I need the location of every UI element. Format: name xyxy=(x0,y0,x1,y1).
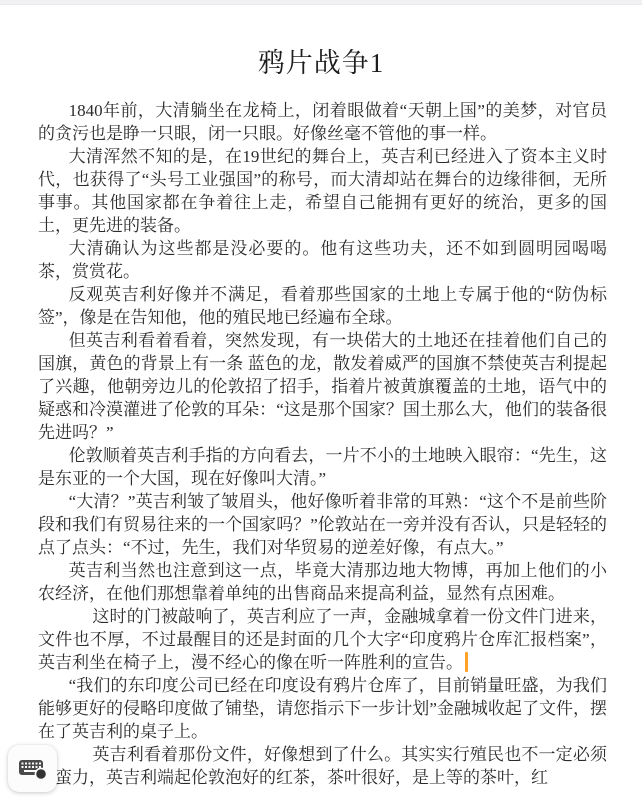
paragraph[interactable]: 英吉利看着那份文件，好像想到了什么。其实实行殖民也不一定必须用蛮力，英吉利端起伦… xyxy=(38,743,607,789)
paragraph[interactable]: 大清浑然不知的是，在19世纪的舞台上，英吉利已经进入了资本主义时代，也获得了“头… xyxy=(38,145,607,237)
document-page: 鸦片战争1 1840年前，大清躺坐在龙椅上，闭着眼做着“天朝上国”的美梦，对官员… xyxy=(0,0,642,800)
paragraph[interactable]: 反观英吉利好像并不满足，看着那些国家的土地上专属于他的“防伪标签”，像是在告知他… xyxy=(38,283,607,329)
paragraph[interactable]: 1840年前，大清躺坐在龙椅上，闭着眼做着“天朝上国”的美梦，对官员的贪污也是睁… xyxy=(38,99,607,145)
top-edge-strip xyxy=(0,0,642,5)
document-body[interactable]: 1840年前，大清躺坐在龙椅上，闭着眼做着“天朝上国”的美梦，对官员的贪污也是睁… xyxy=(0,99,642,789)
paragraph[interactable]: 但英吉利看着看着，突然发现，有一块偌大的土地还在挂着他们自己的国旗，黄色的背景上… xyxy=(38,329,607,444)
text-cursor xyxy=(465,652,468,672)
paragraph[interactable]: “大清？”英吉利皱了皱眉头，他好像听着非常的耳熟：“这个不是前些阶段和我们有贸易… xyxy=(38,490,607,559)
paragraph[interactable]: 大清确认为这些都是没必要的。他有这些功夫，还不如到圆明园喝喝茶，赏赏花。 xyxy=(38,237,607,283)
keyboard-badge-icon xyxy=(35,768,46,779)
paragraph[interactable]: 英吉利当然也注意到这一点，毕竟大清那边地大物博，再加上他们的小农经济，在他们那想… xyxy=(38,559,607,605)
keyboard-dismiss-button[interactable] xyxy=(8,745,57,792)
document-title[interactable]: 鸦片战争1 xyxy=(0,0,642,80)
paragraph[interactable]: “我们的东印度公司已经在印度设有鸦片仓库了，目前销量旺盛，为我们能够更好的侵略印… xyxy=(38,674,607,743)
paragraph[interactable]: 伦敦顺着英吉利手指的方向看去，一片不小的土地映入眼帘：“先生，这是东亚的一个大国… xyxy=(38,444,607,490)
paragraph[interactable]: 这时的门被敲响了，英吉利应了一声，金融城拿着一份文件门进来，文件也不厚，不过最醒… xyxy=(38,605,607,674)
keyboard-icon xyxy=(17,756,48,781)
